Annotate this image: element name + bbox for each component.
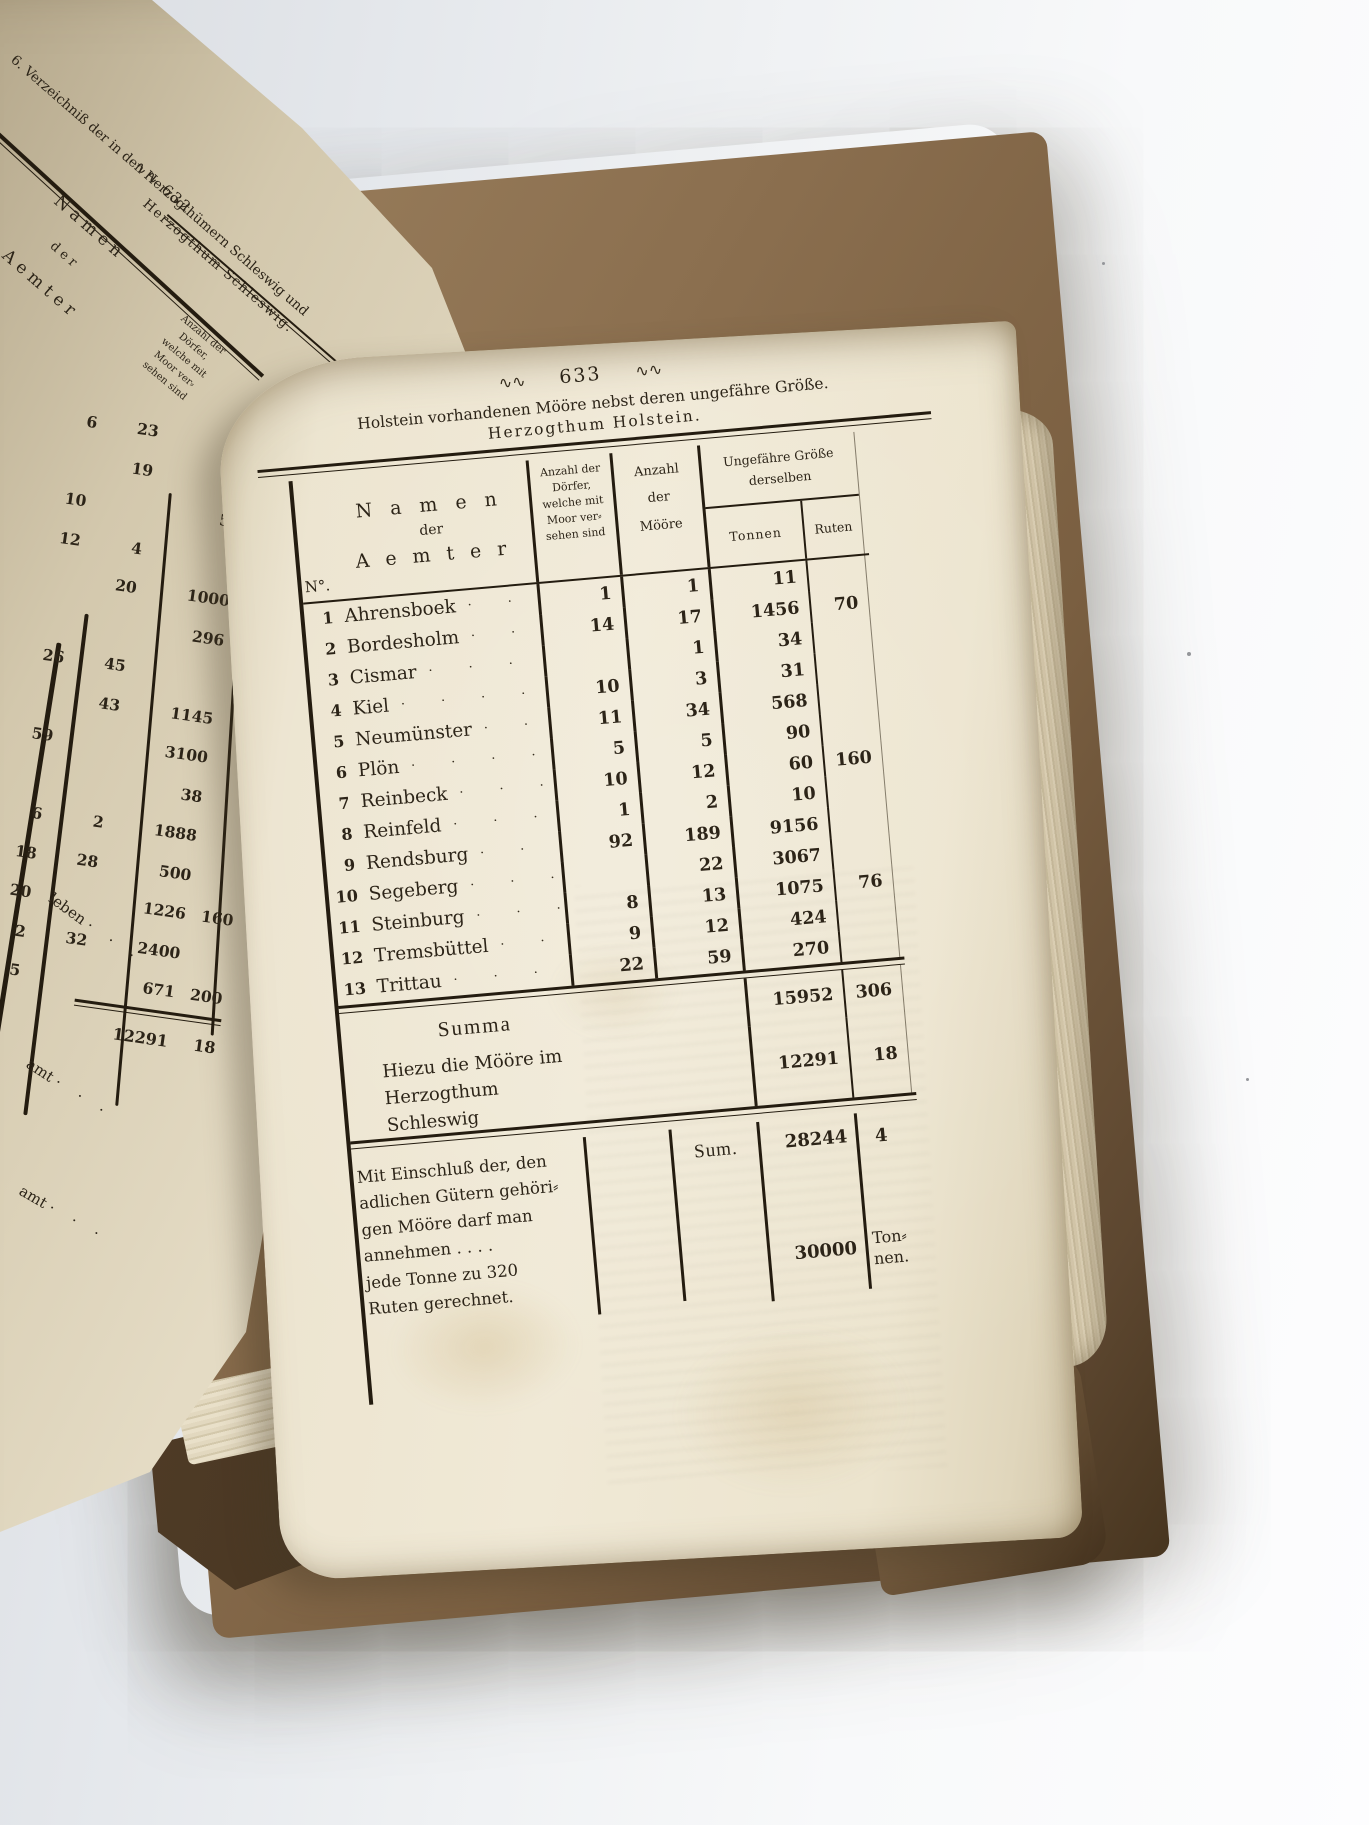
footer-note: Mit Einschluß der, den adlichen Gütern g… (356, 1145, 597, 1323)
estimate-tonnen: 30000 (760, 1238, 857, 1267)
left-col-header-doerfer: Anzahl der Dörfer, welche mit Moor ver⸗ … (120, 296, 248, 420)
moor-table: N°. N a m e n der A e m t e r Anzahl der… (289, 432, 940, 1405)
dust-speck (1102, 262, 1105, 265)
header-namen: N a m e n der A e m t e r (326, 461, 536, 600)
header-moore: Anzahl der Mööre (609, 446, 707, 575)
flourish-icon: ∿∿ (609, 357, 689, 383)
table-body: 1Ahrensboek· · · · · · · · · ·1111 2Bord… (303, 553, 904, 1006)
book-photograph: 6. Verzeichniß der in den Herzogthümern … (0, 0, 1369, 1825)
flourish-icon: ∿∿ (472, 369, 552, 395)
header-doerfer: Anzahl der Dörfer, welche mit Moor ver⸗ … (526, 453, 620, 582)
left-row-label-fragment: amt · · · (23, 1055, 115, 1123)
header-groesse: Ungefähre Größe derselben Tonnen Ruten (697, 432, 865, 567)
header-ruten: Ruten (801, 496, 864, 559)
right-page-content: ∿∿ 633 ∿∿ Holstein vorhandenen Mööre neb… (249, 316, 1066, 1408)
summa-label: Summa (374, 1005, 575, 1047)
header-tonnen: Tonnen (706, 501, 806, 567)
sum-label: Sum. (675, 1136, 757, 1165)
dust-speck (1187, 652, 1191, 656)
left-row-label-fragment: amt · · · (16, 1182, 110, 1247)
page-number: 633 (558, 363, 602, 389)
schleswig-label: Hiezu die Mööre im Herzogthum Schleswig (377, 1041, 583, 1139)
grand-total-ruten: 4 (858, 1123, 904, 1148)
right-page: ∿∿ 633 ∿∿ Holstein vorhandenen Mööre neb… (215, 321, 1084, 1582)
dust-speck (1246, 1078, 1249, 1081)
estimate-unit: Ton⸗ nen. (871, 1225, 910, 1270)
grand-total-tonnen: 28244 (759, 1126, 848, 1155)
table-footer: Mit Einschluß der, den adlichen Gütern g… (346, 1100, 939, 1405)
